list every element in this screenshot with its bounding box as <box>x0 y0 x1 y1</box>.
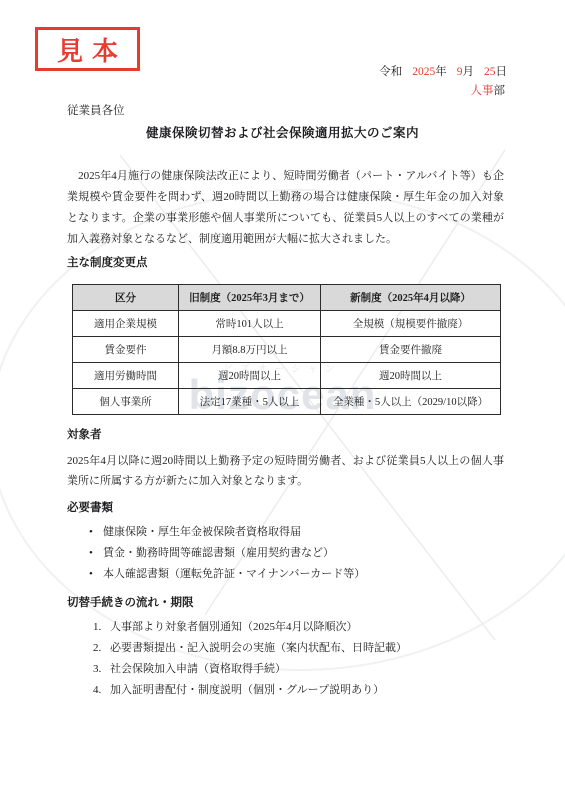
item-text: 必要書類提出・記入説明会の実施（案内状配布、日時記載） <box>110 642 407 655</box>
section-heading-documents: 必要書類 <box>67 499 504 515</box>
section-heading-target: 対象者 <box>67 426 504 442</box>
table-row: 適用企業規模 常時101人以上 全規模（規模要件撤廃） <box>73 311 501 337</box>
item-number: 3. <box>93 663 110 676</box>
table-cell: 週20時間以上 <box>321 363 501 389</box>
era-label: 令和 <box>379 66 402 78</box>
table-cell: 常時101人以上 <box>179 311 321 337</box>
year-unit: 年 <box>435 66 447 78</box>
procedure-list: 1. 人事部より対象者個別通知（2025年4月以降順次） 2. 必要書類提出・記… <box>67 621 504 697</box>
day-value: 25 <box>484 66 496 78</box>
recipient-line: 従業員各位 <box>67 102 125 118</box>
page-title: 健康保険切替および社会保険適用拡大のご案内 <box>0 123 565 141</box>
sample-stamp-label: 見本 <box>57 31 127 68</box>
table-cell: 適用企業規模 <box>73 311 179 337</box>
section-target: 対象者 2025年4月以降に週20時間以上勤務予定の短時間労働者、および従業員5… <box>67 426 504 491</box>
table-header-cell: 旧制度（2025年3月まで） <box>179 285 321 311</box>
table-cell: 全規模（規模要件撤廃） <box>321 311 501 337</box>
procedure-item: 2. 必要書類提出・記入説明会の実施（案内状配布、日時記載） <box>93 642 504 655</box>
table-header-cell: 区分 <box>73 285 179 311</box>
item-text: 人事部より対象者個別通知（2025年4月以降順次） <box>110 621 358 634</box>
table-header-row: 区分 旧制度（2025年3月まで） 新制度（2025年4月以降） <box>73 285 501 311</box>
section-heading-procedure: 切替手続きの流れ・期限 <box>67 594 504 610</box>
item-text: 社会保険加入申請（資格取得手続） <box>110 663 286 676</box>
list-item: 健康保険・厚生年金被保険者資格取得届 <box>67 526 504 539</box>
procedure-item: 4. 加入証明書配付・制度説明（個別・グループ説明あり） <box>93 684 504 697</box>
item-number: 1. <box>93 621 110 634</box>
department-line: 人事部 <box>471 82 506 98</box>
table-cell: 適用労働時間 <box>73 363 179 389</box>
item-number: 4. <box>93 684 110 697</box>
section-changes: 主な制度変更点 <box>67 254 504 270</box>
list-item: 賃金・勤務時間等確認書類（雇用契約書など） <box>67 547 504 560</box>
list-item: 本人確認書類（運転免許証・マイナンバーカード等） <box>67 568 504 581</box>
section-procedure: 切替手続きの流れ・期限 1. 人事部より対象者個別通知（2025年4月以降順次）… <box>67 594 504 705</box>
table-cell: 賃金要件 <box>73 337 179 363</box>
intro-paragraph: 2025年4月施行の健康保険法改正により、短時間労働者（パート・アルバイト等）も… <box>67 166 504 250</box>
table-cell: 個人事業所 <box>73 389 179 415</box>
document-list: 健康保険・厚生年金被保険者資格取得届 賃金・勤務時間等確認書類（雇用契約書など）… <box>67 526 504 581</box>
sample-stamp: 見本 <box>35 27 140 71</box>
table-row: 賃金要件 月額8.8万円以上 賃金要件撤廃 <box>73 337 501 363</box>
table-cell: 月額8.8万円以上 <box>179 337 321 363</box>
table-cell: 法定17業種・5人以上 <box>179 389 321 415</box>
table-row: 適用労働時間 週20時間以上 週20時間以上 <box>73 363 501 389</box>
department-suffix: 部 <box>494 85 506 97</box>
item-number: 2. <box>93 642 110 655</box>
year-value: 2025 <box>412 66 435 78</box>
item-text: 加入証明書配付・制度説明（個別・グループ説明あり） <box>110 684 384 697</box>
table-cell: 賃金要件撤廃 <box>321 337 501 363</box>
section-documents: 必要書類 健康保険・厚生年金被保険者資格取得届 賃金・勤務時間等確認書類（雇用契… <box>67 499 504 589</box>
issue-date: 令和2025年9月25日 <box>379 63 507 79</box>
changes-table: 区分 旧制度（2025年3月まで） 新制度（2025年4月以降） 適用企業規模 … <box>72 284 501 415</box>
target-paragraph: 2025年4月以降に週20時間以上勤務予定の短時間労働者、および従業員5人以上の… <box>67 451 504 491</box>
procedure-item: 1. 人事部より対象者個別通知（2025年4月以降順次） <box>93 621 504 634</box>
document-page: ビズオーシャン bizocean 見本 令和2025年9月25日 人事部 従業員… <box>0 0 565 800</box>
procedure-item: 3. 社会保険加入申請（資格取得手続） <box>93 663 504 676</box>
table-cell: 週20時間以上 <box>179 363 321 389</box>
department-name: 人事 <box>471 85 494 97</box>
month-unit: 月 <box>463 66 475 78</box>
day-unit: 日 <box>496 66 508 78</box>
table-cell: 全業種・5人以上（2029/10以降） <box>321 389 501 415</box>
table-header-cell: 新制度（2025年4月以降） <box>321 285 501 311</box>
section-heading-changes: 主な制度変更点 <box>67 254 504 270</box>
table-row: 個人事業所 法定17業種・5人以上 全業種・5人以上（2029/10以降） <box>73 389 501 415</box>
